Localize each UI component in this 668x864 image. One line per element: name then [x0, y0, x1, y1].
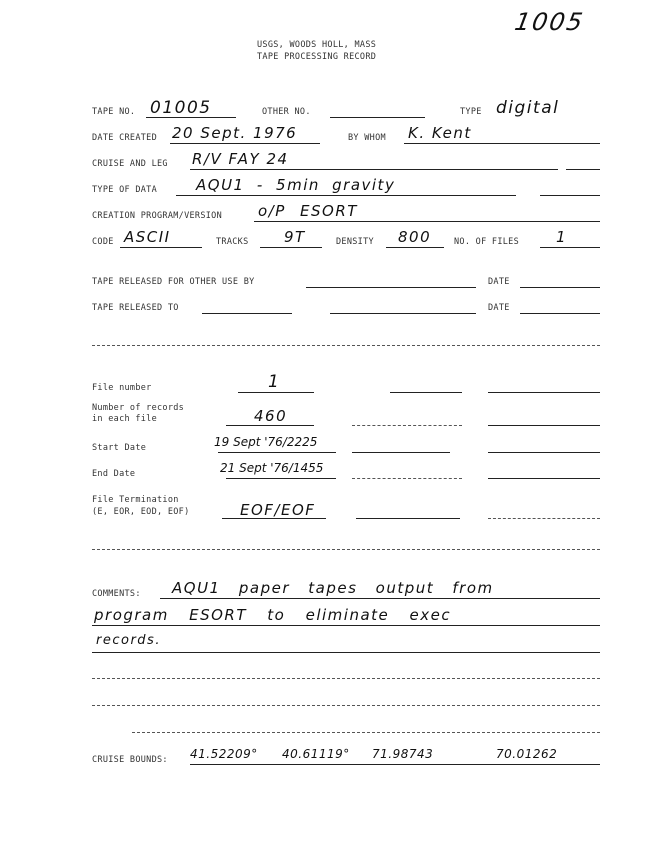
no-of-files-value: 1	[556, 228, 567, 246]
start-date-line-3	[488, 452, 600, 453]
comments-underline-3	[92, 652, 600, 653]
comments-label: COMMENTS:	[92, 589, 141, 599]
type-of-data-label: TYPE OF DATA	[92, 185, 157, 195]
other-no-line	[330, 117, 425, 118]
records-line-2	[352, 425, 462, 426]
no-of-files-line	[540, 247, 600, 248]
comments-line-1: AQU1 paper tapes output from	[172, 579, 494, 597]
type-of-data-line-2	[540, 195, 600, 196]
cruise-leg-line-2	[566, 169, 600, 170]
end-date-line-1	[226, 478, 336, 479]
comments-underline-1	[160, 598, 600, 599]
cruise-bounds-value-4: 70.01262	[496, 747, 557, 761]
end-date-line-3	[488, 478, 600, 479]
code-value: ASCII	[124, 228, 171, 246]
start-date-label: Start Date	[92, 443, 146, 453]
released-to-date-label: DATE	[488, 303, 510, 313]
cruise-bounds-value-1: 41.52209°	[190, 747, 258, 761]
released-other-use-date-label: DATE	[488, 277, 510, 287]
records-line-3	[488, 425, 600, 426]
file-termination-line-3	[488, 518, 600, 519]
type-value: digital	[496, 98, 559, 118]
creation-program-label: CREATION PROGRAM/VERSION	[92, 211, 222, 221]
cruise-bounds-value-2: 40.61119°	[282, 747, 350, 761]
type-of-data-line	[176, 195, 516, 196]
creation-program-line	[254, 221, 600, 222]
file-termination-label-2: (E, EOR, EOD, EOF)	[92, 507, 190, 517]
section-divider-1	[92, 345, 600, 346]
type-label: TYPE	[460, 107, 482, 117]
file-number-label: File number	[92, 383, 152, 393]
records-label-2: in each file	[92, 414, 157, 424]
by-whom-line	[404, 143, 600, 144]
creation-program-value: o/P ESORT	[258, 202, 358, 220]
file-termination-value: EOF/EOF	[240, 501, 315, 519]
file-termination-line-1	[222, 518, 326, 519]
code-line	[120, 247, 202, 248]
released-to-line-2	[330, 313, 476, 314]
comments-line-2: program ESORT to eliminate exec	[94, 606, 451, 624]
by-whom-value: K. Kent	[408, 124, 472, 142]
file-number-line-3	[488, 392, 600, 393]
no-of-files-label: NO. OF FILES	[454, 237, 519, 247]
released-to-date-line	[520, 313, 600, 314]
file-number-value: 1	[268, 372, 280, 392]
comments-blank-line-3	[132, 732, 600, 733]
end-date-line-2	[352, 478, 462, 479]
density-value: 800	[398, 228, 431, 246]
cruise-bounds-label: CRUISE BOUNDS:	[92, 755, 168, 765]
by-whom-label: BY WHOM	[348, 133, 386, 143]
comments-blank-line-2	[92, 705, 600, 706]
file-termination-label: File Termination	[92, 495, 179, 505]
start-date-line-2	[352, 452, 450, 453]
page-number: 1005	[513, 8, 587, 36]
tracks-line	[260, 247, 322, 248]
released-other-use-label: TAPE RELEASED FOR OTHER USE BY	[92, 277, 255, 287]
date-created-label: DATE CREATED	[92, 133, 157, 143]
comments-underline-2	[92, 625, 600, 626]
file-number-line-2	[390, 392, 462, 393]
file-number-line-1	[238, 392, 314, 393]
cruise-bounds-value-3: 71.98743	[372, 747, 433, 761]
start-date-value: 19 Sept '76/2225	[214, 435, 317, 449]
section-divider-2	[92, 549, 600, 550]
end-date-value: 21 Sept '76/1455	[220, 461, 323, 475]
comments-blank-line-1	[92, 678, 600, 679]
tracks-label: TRACKS	[216, 237, 249, 247]
start-date-line-1	[218, 452, 336, 453]
cruise-bounds-line	[190, 764, 600, 765]
released-to-line	[202, 313, 292, 314]
records-line-1	[226, 425, 314, 426]
type-of-data-value: AQU1 - 5min gravity	[196, 176, 395, 194]
header-org: USGS, WOODS HOLL, MASS	[257, 40, 376, 50]
header-title: TAPE PROCESSING RECORD	[257, 52, 376, 62]
date-created-line	[170, 143, 320, 144]
records-value: 460	[254, 407, 287, 425]
released-other-use-date-line	[520, 287, 600, 288]
tape-no-line	[146, 117, 236, 118]
cruise-leg-line	[190, 169, 558, 170]
records-label: Number of records	[92, 403, 184, 413]
density-label: DENSITY	[336, 237, 374, 247]
end-date-label: End Date	[92, 469, 135, 479]
cruise-leg-label: CRUISE AND LEG	[92, 159, 168, 169]
tape-no-value: 01005	[150, 98, 212, 118]
comments-line-3: records.	[96, 633, 161, 648]
released-to-label: TAPE RELEASED TO	[92, 303, 179, 313]
date-created-value: 20 Sept. 1976	[172, 124, 297, 142]
tracks-value: 9T	[284, 228, 306, 246]
file-termination-line-2	[356, 518, 460, 519]
released-other-use-line	[306, 287, 476, 288]
tape-no-label: TAPE NO.	[92, 107, 135, 117]
density-line	[386, 247, 444, 248]
code-label: CODE	[92, 237, 114, 247]
other-no-label: OTHER NO.	[262, 107, 311, 117]
cruise-leg-value: R/V FAY 24	[192, 150, 289, 168]
